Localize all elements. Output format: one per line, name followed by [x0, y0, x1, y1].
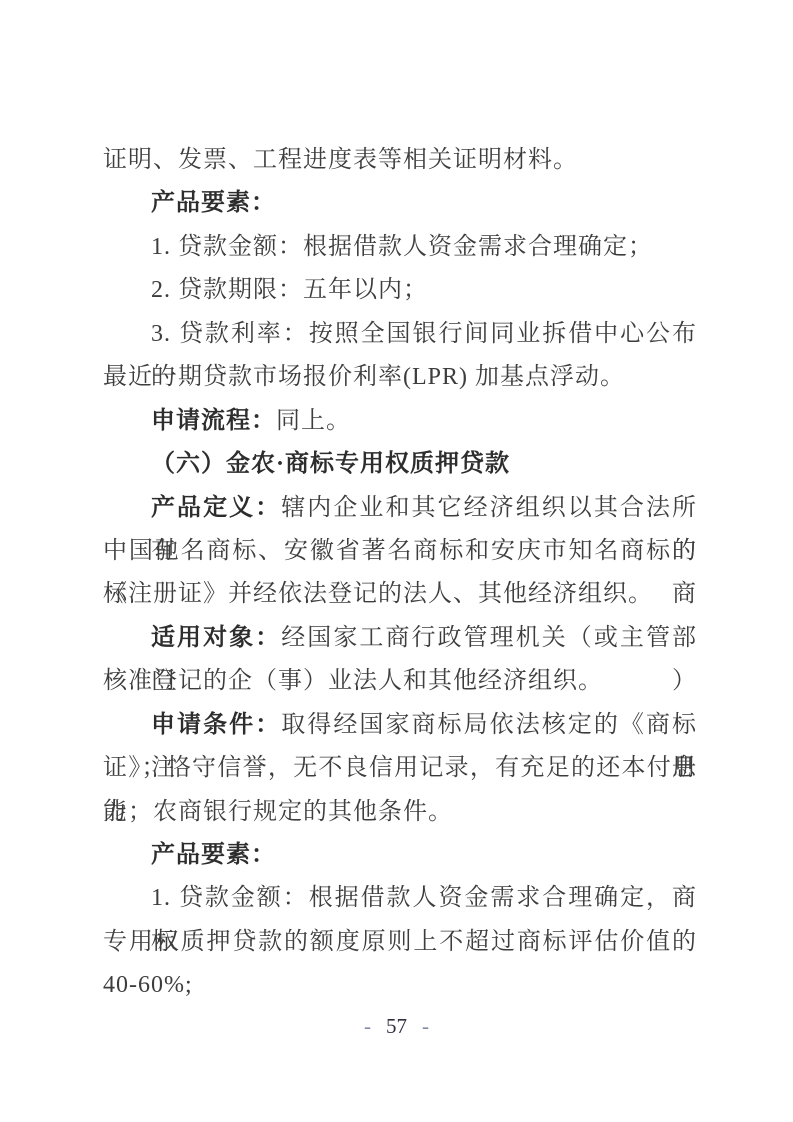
text-line: 40-60%; — [103, 964, 697, 1007]
text-line: 标注册证》并经依法登记的法人、其他经济组织。 — [103, 573, 697, 616]
text-segment: 同上。 — [276, 408, 351, 434]
document-page: 证明、发票、工程进度表等相关证明材料。产品要素：1. 贷款金额：根据借款人资金需… — [0, 0, 793, 1122]
text-line: 1. 贷款金额：根据借款人资金需求合理确定，商标 — [103, 877, 697, 920]
text-line: 产品要素： — [103, 182, 697, 225]
text-line: 中国驰名商标、安徽省著名商标和安庆市知名商标的《商 — [103, 530, 697, 573]
text-segment: 1. 贷款金额：根据借款人资金需求合理确定； — [151, 234, 653, 260]
footer-dash-left: - — [364, 1014, 371, 1039]
text-segment-bold: 产品要素： — [151, 190, 276, 216]
text-segment: 2. 贷款期限：五年以内； — [151, 277, 428, 303]
text-block: 证明、发票、工程进度表等相关证明材料。产品要素：1. 贷款金额：根据借款人资金需… — [103, 139, 697, 1008]
text-segment: 专用权质押贷款的额度原则上不超过商标评估价值的 — [103, 929, 697, 955]
text-line: （六）金农·商标专用权质押贷款 — [103, 443, 697, 486]
text-segment-bold: 产品要素： — [151, 842, 276, 868]
text-line: 3. 贷款利率：按照全国银行间同业拆借中心公布的 — [103, 313, 697, 356]
text-segment: 力；农商银行规定的其他条件。 — [103, 799, 453, 825]
page-footer: - 57 - — [0, 1010, 793, 1042]
text-line: 2. 贷款期限：五年以内； — [103, 269, 697, 312]
text-line: 证》；恪守信誉，无不良信用记录，有充足的还本付息能 — [103, 747, 697, 790]
text-segment: 标注册证》并经依法登记的法人、其他经济组织。 — [103, 581, 653, 607]
text-line: 产品要素： — [103, 834, 697, 877]
text-segment-bold: 适用对象： — [151, 625, 281, 651]
text-line: 专用权质押贷款的额度原则上不超过商标评估价值的 — [103, 921, 697, 964]
text-line: 最近一期贷款市场报价利率(LPR) 加基点浮动。 — [103, 356, 697, 399]
text-line: 1. 贷款金额：根据借款人资金需求合理确定； — [103, 226, 697, 269]
text-line: 证明、发票、工程进度表等相关证明材料。 — [103, 139, 697, 182]
text-segment: 最近一期贷款市场报价利率(LPR) 加基点浮动。 — [103, 364, 625, 390]
footer-dash-right: - — [422, 1014, 429, 1039]
text-line: 申请流程：同上。 — [103, 400, 697, 443]
text-segment-bold: 申请条件： — [151, 712, 281, 738]
text-segment: 40-60%; — [103, 972, 193, 998]
text-segment: 核准登记的企（事）业法人和其他经济组织。 — [103, 668, 603, 694]
text-segment-bold: （六）金农·商标专用权质押贷款 — [151, 451, 510, 477]
text-line: 力；农商银行规定的其他条件。 — [103, 791, 697, 834]
text-line: 适用对象：经国家工商行政管理机关（或主管部门） — [103, 617, 697, 660]
text-segment-bold: 产品定义： — [151, 495, 281, 521]
text-segment-bold: 申请流程： — [151, 408, 276, 434]
text-segment: 证明、发票、工程进度表等相关证明材料。 — [103, 147, 578, 173]
page-number: 57 — [386, 1014, 407, 1039]
text-line: 申请条件：取得经国家商标局依法核定的《商标注册 — [103, 704, 697, 747]
text-line: 产品定义：辖内企业和其它经济组织以其合法所有的 — [103, 487, 697, 530]
